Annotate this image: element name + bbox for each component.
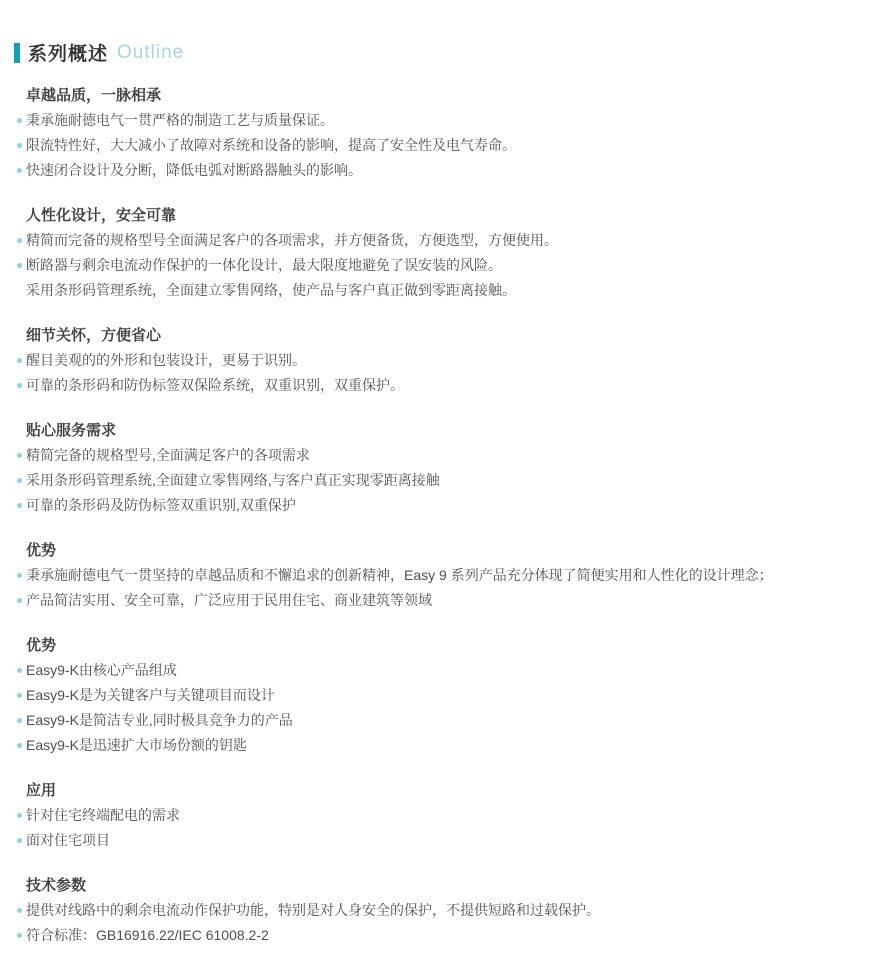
list-item-text: 面对住宅项目	[26, 832, 110, 848]
bullet-icon	[17, 933, 22, 938]
list-item-text: 针对住宅终端配电的需求	[26, 807, 180, 823]
section-quality: 卓越品质，一脉相承 秉承施耐德电气一贯严格的制造工艺与质量保证。 限流特性好，大…	[14, 83, 869, 183]
section-advantages-series: 优势 秉承施耐德电气一贯坚持的卓越品质和不懈追求的创新精神，Easy 9 系列产…	[14, 538, 869, 613]
list-item-text: 断路器与剩余电流动作保护的一体化设计，最大限度地避免了误安装的风险。	[26, 257, 502, 273]
list-item-text: 醒目美观的的外形和包装设计，更易于识别。	[26, 352, 306, 368]
list-item: 快速闭合设计及分断，降低电弧对断路器触头的影响。	[14, 158, 869, 183]
accent-bar-icon	[14, 43, 20, 63]
section-service-needs: 贴心服务需求 精简完备的规格型号,全面满足客户的各项需求 采用条形码管理系统,全…	[14, 418, 869, 518]
list-item: 精简完备的规格型号,全面满足客户的各项需求	[14, 443, 869, 468]
bullet-icon	[17, 908, 22, 913]
list-item: Easy9-K是为关键客户与关键项目而设计	[14, 683, 869, 708]
list-item: 精简而完备的规格型号全面满足客户的各项需求，并方便备货，方便选型，方便使用。	[14, 228, 869, 253]
section-heading: 细节关怀，方便省心	[14, 323, 869, 348]
list-item-text: 精简而完备的规格型号全面满足客户的各项需求，并方便备货，方便选型，方便使用。	[26, 232, 558, 248]
section-application: 应用 针对住宅终端配电的需求 面对住宅项目	[14, 778, 869, 853]
list-item: 可靠的条形码和防伪标签双保险系统，双重识别，双重保护。	[14, 373, 869, 398]
section-heading: 贴心服务需求	[14, 418, 869, 443]
list-item: 符合标准：GB16916.22/IEC 61008.2-2	[14, 923, 869, 948]
list-item-text: 可靠的条形码及防伪标签双重识别,双重保护	[26, 497, 296, 513]
outline-page: 系列概述 Outline 卓越品质，一脉相承 秉承施耐德电气一贯严格的制造工艺与…	[0, 0, 889, 974]
bullet-icon	[17, 118, 22, 123]
list-item: 提供对线路中的剩余电流动作保护功能，特别是对人身安全的保护，不提供短路和过载保护…	[14, 898, 869, 923]
list-item: 采用条形码管理系统,全面建立零售网络,与客户真正实现零距离接触	[14, 468, 869, 493]
list-item-text: 采用条形码管理系统，全面建立零售网络，使产品与客户真正做到零距离接触。	[26, 282, 516, 298]
list-item: 醒目美观的的外形和包装设计，更易于识别。	[14, 348, 869, 373]
page-title-en: Outline	[117, 42, 184, 64]
bullet-icon	[17, 718, 22, 723]
list-item-text: Easy9-K由核心产品组成	[26, 662, 177, 678]
list-item-text: 限流特性好，大大减小了故障对系统和设备的影响，提高了安全性及电气寿命。	[26, 137, 516, 153]
list-item-text: 秉承施耐德电气一贯坚持的卓越品质和不懈追求的创新精神，Easy 9 系列产品充分…	[26, 567, 773, 583]
page-title: 系列概述 Outline	[14, 39, 869, 66]
bullet-icon	[17, 598, 22, 603]
list-item: Easy9-K是简洁专业,同时极具竞争力的产品	[14, 708, 869, 733]
bullet-icon	[17, 743, 22, 748]
list-item: 可靠的条形码及防伪标签双重识别,双重保护	[14, 493, 869, 518]
bullet-icon	[17, 813, 22, 818]
list-item: Easy9-K由核心产品组成	[14, 658, 869, 683]
section-heading: 优势	[14, 538, 869, 563]
section-heading: 应用	[14, 778, 869, 803]
page-title-cn: 系列概述	[28, 39, 108, 66]
list-item: 秉承施耐德电气一贯坚持的卓越品质和不懈追求的创新精神，Easy 9 系列产品充分…	[14, 563, 869, 588]
section-technical-parameters: 技术参数 提供对线路中的剩余电流动作保护功能，特别是对人身安全的保护，不提供短路…	[14, 873, 869, 948]
list-item: 秉承施耐德电气一贯严格的制造工艺与质量保证。	[14, 108, 869, 133]
section-humanized-design: 人性化设计，安全可靠 精简而完备的规格型号全面满足客户的各项需求，并方便备货，方…	[14, 203, 869, 303]
list-item-text: 提供对线路中的剩余电流动作保护功能，特别是对人身安全的保护，不提供短路和过载保护…	[26, 902, 600, 918]
bullet-icon	[17, 168, 22, 173]
section-heading: 技术参数	[14, 873, 869, 898]
bullet-icon	[17, 263, 22, 268]
list-item-text: 可靠的条形码和防伪标签双保险系统，双重识别，双重保护。	[26, 377, 404, 393]
bullet-icon	[17, 503, 22, 508]
bullet-icon	[17, 358, 22, 363]
bullet-icon	[17, 838, 22, 843]
list-item: 断路器与剩余电流动作保护的一体化设计，最大限度地避免了误安装的风险。	[14, 253, 869, 278]
bullet-icon	[17, 693, 22, 698]
section-heading: 人性化设计，安全可靠	[14, 203, 869, 228]
list-item: 面对住宅项目	[14, 828, 869, 853]
list-item-text: 符合标准：GB16916.22/IEC 61008.2-2	[26, 927, 269, 943]
list-item: 针对住宅终端配电的需求	[14, 803, 869, 828]
list-item: 采用条形码管理系统，全面建立零售网络，使产品与客户真正做到零距离接触。	[14, 278, 869, 303]
bullet-icon	[17, 478, 22, 483]
list-item-text: 秉承施耐德电气一贯严格的制造工艺与质量保证。	[26, 112, 334, 128]
bullet-icon	[17, 143, 22, 148]
section-advantages-easy9k: 优势 Easy9-K由核心产品组成 Easy9-K是为关键客户与关键项目而设计 …	[14, 633, 869, 758]
list-item: Easy9-K是迅速扩大市场份额的钥匙	[14, 733, 869, 758]
bullet-icon	[17, 453, 22, 458]
bullet-icon	[17, 668, 22, 673]
bullet-icon	[17, 573, 22, 578]
section-heading: 优势	[14, 633, 869, 658]
section-detail-care: 细节关怀，方便省心 醒目美观的的外形和包装设计，更易于识别。 可靠的条形码和防伪…	[14, 323, 869, 398]
list-item-text: Easy9-K是为关键客户与关键项目而设计	[26, 687, 275, 703]
list-item-text: Easy9-K是简洁专业,同时极具竞争力的产品	[26, 712, 293, 728]
bullet-icon	[17, 238, 22, 243]
list-item-text: 采用条形码管理系统,全面建立零售网络,与客户真正实现零距离接触	[26, 472, 440, 488]
list-item-text: 快速闭合设计及分断，降低电弧对断路器触头的影响。	[26, 162, 362, 178]
section-heading: 卓越品质，一脉相承	[14, 83, 869, 108]
bullet-icon	[17, 383, 22, 388]
list-item-text: 精简完备的规格型号,全面满足客户的各项需求	[26, 447, 310, 463]
list-item: 产品简洁实用、安全可靠，广泛应用于民用住宅、商业建筑等领域	[14, 588, 869, 613]
list-item: 限流特性好，大大减小了故障对系统和设备的影响，提高了安全性及电气寿命。	[14, 133, 869, 158]
list-item-text: 产品简洁实用、安全可靠，广泛应用于民用住宅、商业建筑等领域	[26, 592, 432, 608]
list-item-text: Easy9-K是迅速扩大市场份额的钥匙	[26, 737, 247, 753]
